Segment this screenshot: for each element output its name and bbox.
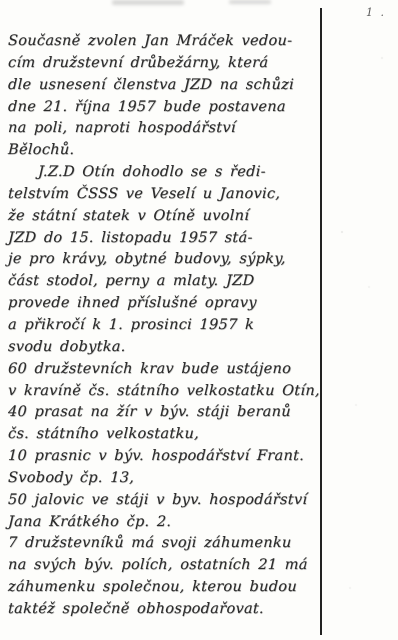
handwritten-line: na svých býv. polích, ostatních 21 má <box>8 555 321 577</box>
page-number-mark: 1 . <box>366 6 386 19</box>
handwritten-line: 40 prasat na žír v býv. stáji beranů <box>8 402 321 424</box>
handwritten-line: svodu dobytka. <box>8 337 321 359</box>
handwritten-line: 10 prasnic v býv. hospodářství Frant. <box>8 446 321 468</box>
handwritten-line: 50 jalovic ve stáji v byv. hospodářství <box>8 490 321 512</box>
handwritten-line: taktéž společně obhospodařovat. <box>8 599 321 621</box>
handwritten-line: část stodol, perny a mlaty. JZD <box>8 271 321 293</box>
handwritten-line: provede ihned příslušné opravy <box>8 293 321 315</box>
handwritten-line: dle usnesení členstva JZD na schůzi <box>8 75 321 97</box>
handwritten-line: a přikročí k 1. prosinci 1957 k <box>8 315 321 337</box>
handwritten-line: že státní statek v Otíně uvolní <box>8 206 321 228</box>
handwritten-line: JZD do 15. listopadu 1957 stá- <box>8 228 321 250</box>
handwritten-line: záhumenku společnou, kterou budou <box>8 577 321 599</box>
handwritten-line: telstvím ČSSS ve Veselí u Janovic, <box>8 184 321 206</box>
scan-smudge <box>229 0 271 4</box>
handwritten-line: 7 družstevníků má svoji záhumenku <box>8 533 321 555</box>
handwritten-line: je pro krávy, obytné budovy, sýpky, <box>8 249 321 271</box>
handwritten-text-block: Současně zvolen Jan Mráček vedou-cím dru… <box>8 31 320 621</box>
scan-smudge <box>112 0 184 5</box>
handwritten-line: cím družstevní drůbežárny, která <box>8 53 321 75</box>
handwritten-line: 60 družstevních krav bude ustájeno <box>8 359 321 381</box>
handwritten-line: Současně zvolen Jan Mráček vedou- <box>8 31 321 53</box>
handwritten-line: na poli, naproti hospodářství <box>8 118 321 140</box>
handwritten-line: Svobody čp. 13, <box>8 468 321 490</box>
handwritten-line: Jana Krátkého čp. 2. <box>8 512 321 534</box>
scanned-page: 1 . Současně zvolen Jan Mráček vedou-cím… <box>0 0 398 640</box>
handwritten-line: J.Z.D Otín dohodlo se s ředi- <box>38 162 321 184</box>
handwritten-line: Bělochů. <box>8 140 321 162</box>
handwritten-line: čs. státního velkostatku, <box>8 424 321 446</box>
handwritten-line: dne 21. října 1957 bude postavena <box>8 97 321 119</box>
margin-rule <box>320 8 322 635</box>
handwritten-line: v kravíně čs. státního velkostatku Otín, <box>8 381 321 403</box>
